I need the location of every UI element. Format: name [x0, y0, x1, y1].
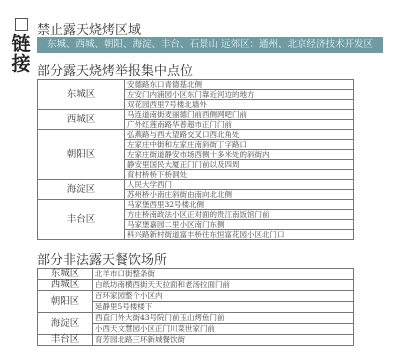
location-cell: 西直门外大街43号院门前玉山烤鱼门前: [93, 313, 354, 324]
location-cell: 北羊市口街整条街: [93, 269, 354, 280]
location-cell: 育村桥桥下桥洞处: [125, 170, 354, 180]
district-cell: 东城区: [38, 269, 93, 280]
location-cell: 静安里国民大厦正门门前以及四周: [125, 160, 354, 170]
no-bbq-zones-banner: 东城、西城、朝阳、海淀、丰台、石景山 远郊区：通州、北京经济技术开发区: [37, 37, 383, 53]
table-row: 海淀区人民大学西门: [38, 180, 354, 190]
table-row: 丰台区马家堡西里32号楼北侧: [38, 200, 354, 210]
location-cell: 马家堡西里32号楼北侧: [125, 200, 354, 210]
district-cell: 海淀区: [38, 180, 125, 200]
location-cell: 百环家园整个小区内: [93, 291, 354, 302]
location-cell: 马连道南街麦丽德门前西侧网吧门前: [125, 110, 354, 120]
district-cell: 朝阳区: [38, 291, 93, 313]
checkbox-square-icon: [15, 18, 28, 31]
location-cell: 左家庄中街和左家庄南斜街丁字路口: [125, 140, 354, 150]
location-cell: 小西天文慧园小区正门川菜世家门前: [93, 324, 354, 335]
district-cell: 东城区: [38, 80, 125, 110]
location-cell: 苏州桥小南庄斜街由南向北北侧: [125, 190, 354, 200]
illegal-dining-table: 东城区北羊市口街整条街西城区白纸坊南横西街天天拉面和老汤拉面门前朝阳区百环家园整…: [37, 268, 354, 346]
table-row: 海淀区西直门外大街43号院门前玉山烤鱼门前: [38, 313, 354, 324]
location-cell: 育芳园北路三环新城餐饮街: [93, 335, 354, 346]
location-cell: 安德路东口青德基北侧: [125, 80, 354, 90]
location-cell: 马家堡嘉园二里小区南门东侧: [125, 220, 354, 230]
side-label: 链 接: [10, 18, 32, 74]
table-row: 朝阳区弘燕路与西大望路交叉口西北角处: [38, 130, 354, 140]
district-cell: 丰台区: [38, 335, 93, 346]
table-row: 西城区白纸坊南横西街天天拉面和老汤拉面门前: [38, 280, 354, 291]
table-row: 东城区安德路东口青德基北侧: [38, 80, 354, 90]
table-row: 西城区马连道南街麦丽德门前西侧网吧门前: [38, 110, 354, 120]
location-cell: 方庄桥南政法小区正对面的贵江南饭馆门前: [125, 210, 354, 220]
district-cell: 海淀区: [38, 313, 93, 335]
location-cell: 人民大学西门: [125, 180, 354, 190]
report-points-table: 东城区安德路东口青德基北侧左安门内浦园小区东门靠近河边的地方双花园西里7号楼北墙…: [37, 79, 354, 240]
location-cell: 左家庄街道静安市场西侧十多米处的斜街内: [125, 150, 354, 160]
section-title-illegal-outdoor-dining: 部分非法露天餐饮场所: [37, 249, 167, 268]
side-label-char: 链: [10, 34, 32, 54]
table-row: 东城区北羊市口街整条街: [38, 269, 354, 280]
table-row: 朝阳区百环家园整个小区内: [38, 291, 354, 302]
location-cell: 弘燕路与西大望路交叉口西北角处: [125, 130, 354, 140]
side-label-char: 接: [10, 54, 32, 74]
section-title-report-points: 部分露天烧烤举报集中点位: [37, 60, 193, 79]
district-cell: 丰台区: [38, 200, 125, 240]
location-cell: 延静里5号楼楼下: [93, 302, 354, 313]
location-cell: 双花园西里7号楼北墙外: [125, 100, 354, 110]
district-cell: 西城区: [38, 280, 93, 291]
district-cell: 西城区: [38, 110, 125, 130]
location-cell: 左安门内浦园小区东门靠近河边的地方: [125, 90, 354, 100]
location-cell: 白纸坊南横西街天天拉面和老汤拉面门前: [93, 280, 354, 291]
district-cell: 朝阳区: [38, 130, 125, 180]
location-cell: 广外红莲南路华普超市正门门前: [125, 120, 354, 130]
section-title-no-bbq-zones: 禁止露天烧烤区域: [37, 19, 141, 38]
location-cell: 科兴路新村街道富丰桥往东恒富花园小区北门口: [125, 230, 354, 240]
table-row: 丰台区育芳园北路三环新城餐饮街: [38, 335, 354, 346]
